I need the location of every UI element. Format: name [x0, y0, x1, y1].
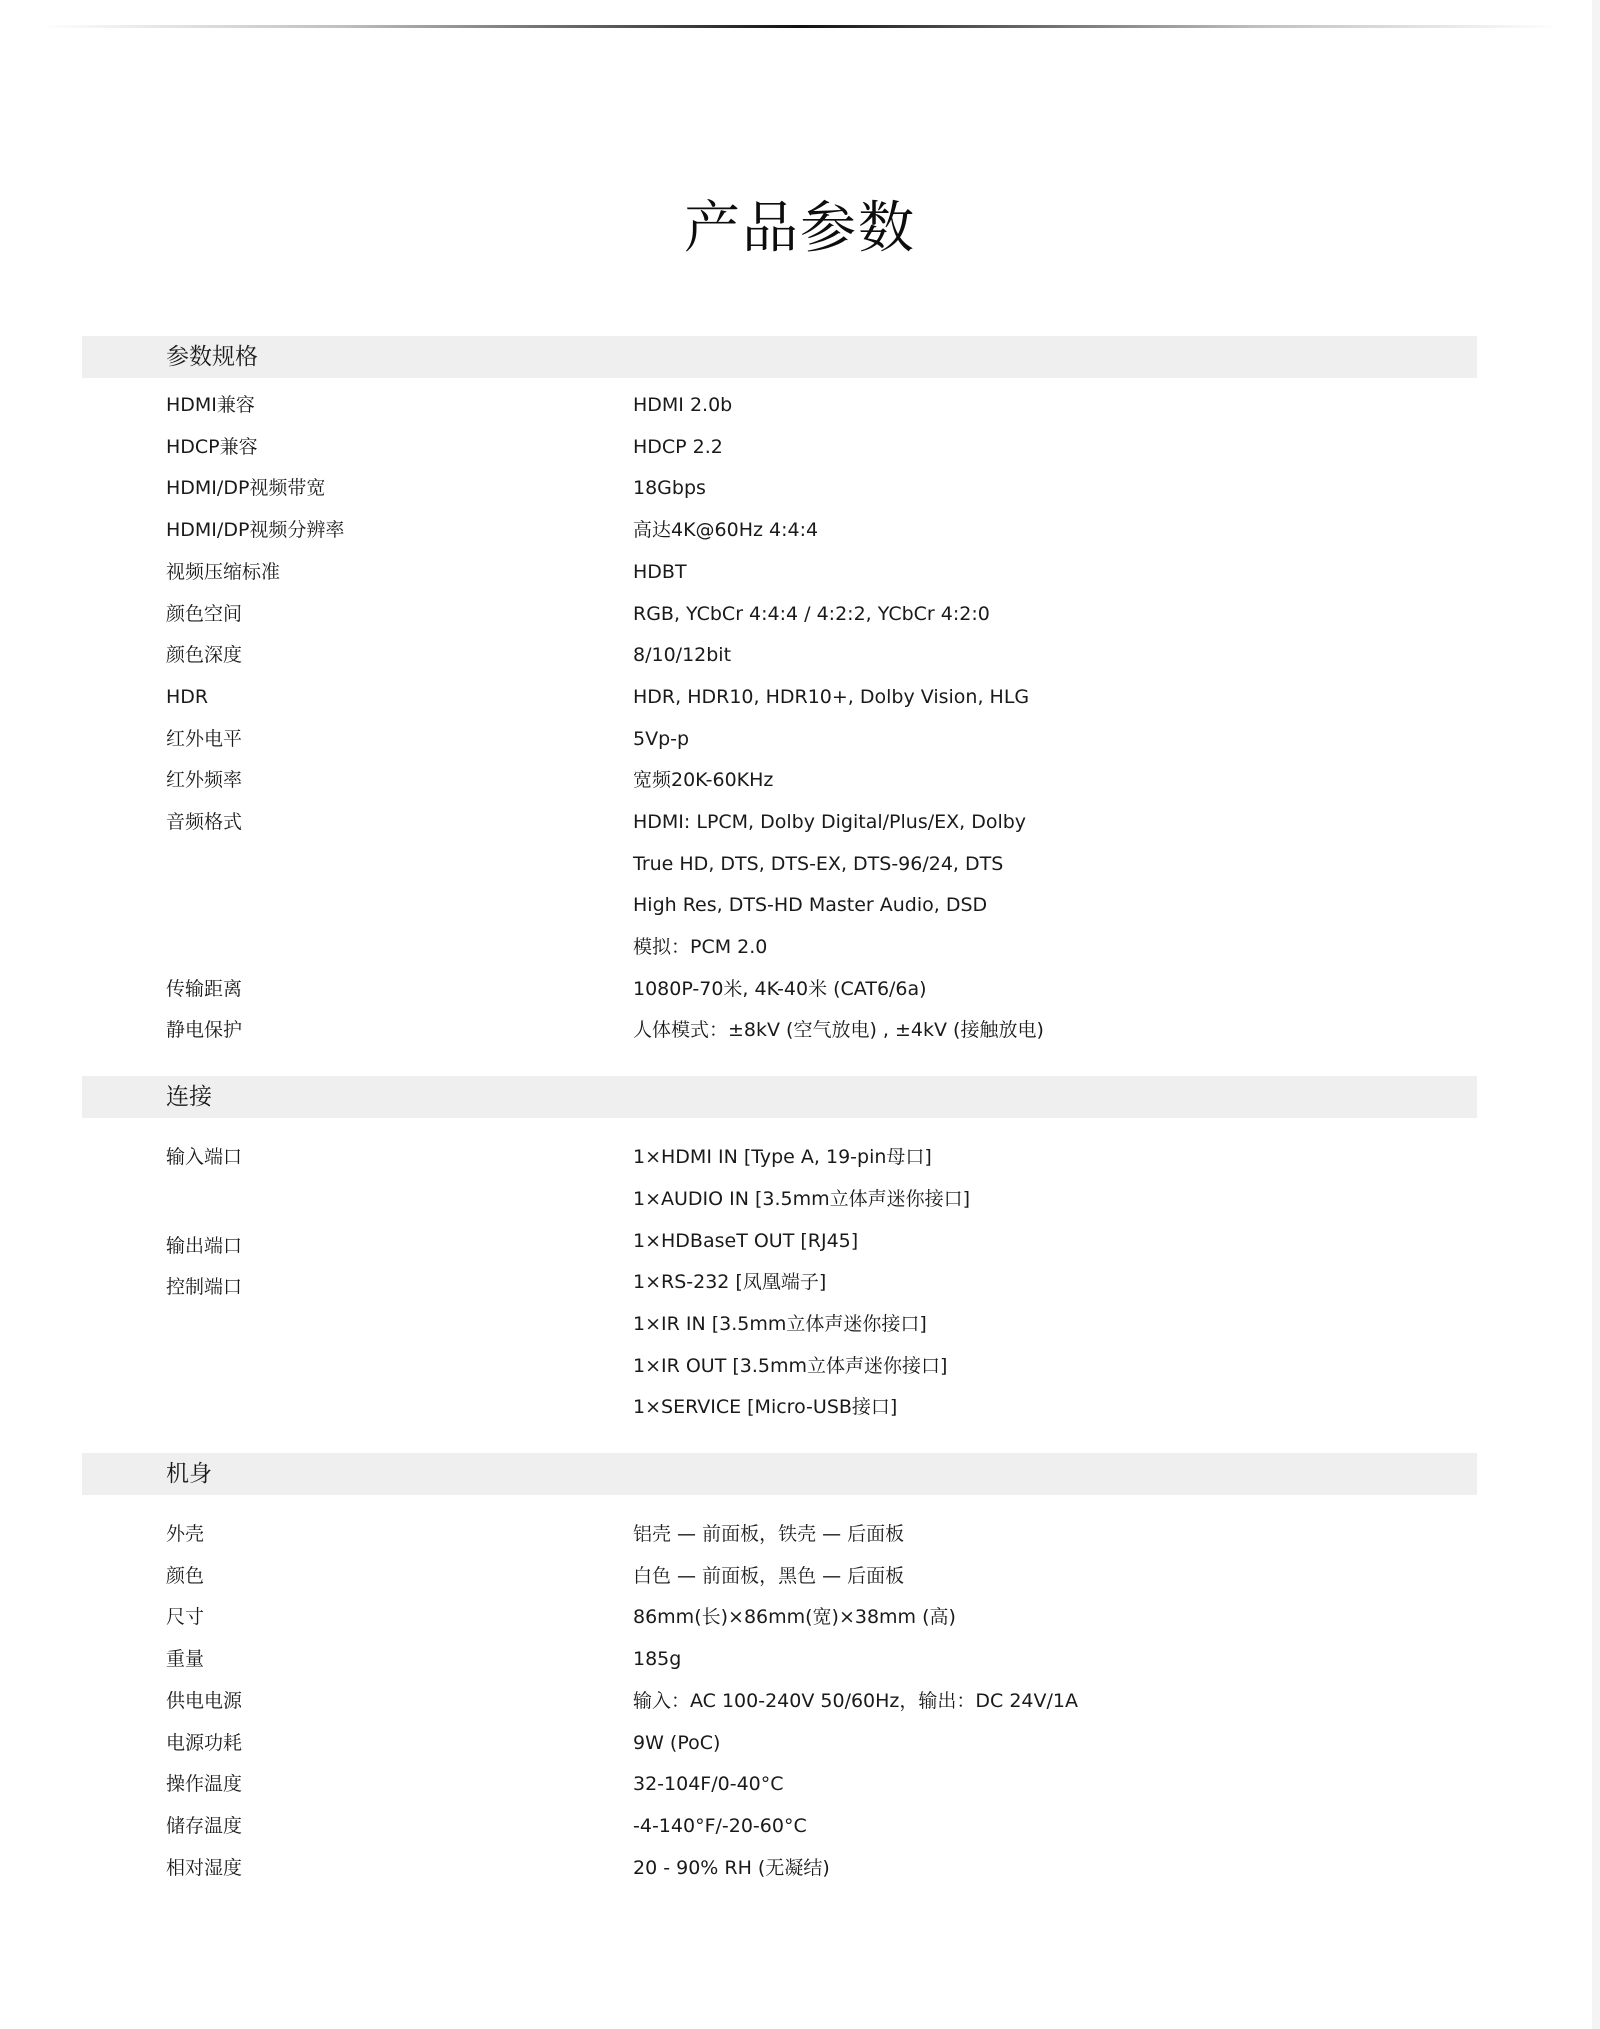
spec-row: 供电电源输入：AC 100-240V 50/60Hz，输出：DC 24V/1A	[82, 1681, 1477, 1723]
spec-value: 1×RS-232 [凤凰端子]	[633, 1262, 1477, 1304]
spec-label: 颜色	[82, 1556, 633, 1598]
spec-row: 红外频率宽频20K-60KHz	[82, 760, 1477, 802]
spec-value: 20 - 90% RH (无凝结)	[633, 1848, 1477, 1890]
spec-value: 白色 — 前面板，黑色 — 后面板	[633, 1556, 1477, 1598]
spec-values: 白色 — 前面板，黑色 — 后面板	[633, 1556, 1477, 1598]
spec-value: 1×AUDIO IN [3.5mm立体声迷你接口]	[633, 1179, 1477, 1221]
spec-value: 1×HDBaseT OUT [RJ45]	[633, 1221, 1477, 1263]
spec-values: 输入：AC 100-240V 50/60Hz，输出：DC 24V/1A	[633, 1681, 1477, 1723]
spec-values: 1×RS-232 [凤凰端子]1×IR IN [3.5mm立体声迷你接口]1×I…	[633, 1262, 1477, 1429]
spec-label: 外壳	[82, 1514, 633, 1556]
spec-row: 输入端口1×HDMI IN [Type A, 19-pin母口]1×AUDIO …	[82, 1137, 1477, 1220]
spec-value: -4-140°F/-20-60°C	[633, 1806, 1477, 1848]
spec-label: HDMI兼容	[82, 385, 633, 427]
spec-values: 18Gbps	[633, 468, 1477, 510]
page-edge	[1592, 0, 1600, 2029]
spec-value: 人体模式：±8kV (空气放电) , ±4kV (接触放电)	[633, 1010, 1477, 1052]
spec-values: 高达4K@60Hz 4:4:4	[633, 510, 1477, 552]
spec-values: 人体模式：±8kV (空气放电) , ±4kV (接触放电)	[633, 1010, 1477, 1052]
spec-values: 9W (PoC)	[633, 1723, 1477, 1765]
section-header: 连接	[82, 1076, 1477, 1118]
spec-row: 尺寸86mm(长)×86mm(宽)×38mm (高)	[82, 1597, 1477, 1639]
spec-row: 颜色空间RGB, YCbCr 4:4:4 / 4:2:2, YCbCr 4:2:…	[82, 594, 1477, 636]
section-header: 参数规格	[82, 336, 1477, 378]
spec-label: 操作温度	[82, 1764, 633, 1806]
spec-value: 86mm(长)×86mm(宽)×38mm (高)	[633, 1597, 1477, 1639]
spec-value: High Res, DTS-HD Master Audio, DSD	[633, 885, 1477, 927]
spec-value: 1×HDMI IN [Type A, 19-pin母口]	[633, 1137, 1477, 1179]
spec-values: 1×HDMI IN [Type A, 19-pin母口]1×AUDIO IN […	[633, 1137, 1477, 1220]
spec-value: 宽频20K-60KHz	[633, 760, 1477, 802]
spec-row: HDRHDR, HDR10, HDR10+, Dolby Vision, HLG	[82, 677, 1477, 719]
spec-value: RGB, YCbCr 4:4:4 / 4:2:2, YCbCr 4:2:0	[633, 594, 1477, 636]
spec-label: 颜色深度	[82, 635, 633, 677]
spec-values: HDR, HDR10, HDR10+, Dolby Vision, HLG	[633, 677, 1477, 719]
spec-values: 8/10/12bit	[633, 635, 1477, 677]
section-specifications: 参数规格 HDMI兼容HDMI 2.0bHDCP兼容HDCP 2.2HDMI/D…	[82, 336, 1477, 1052]
spec-row: 传输距离1080P-70米, 4K-40米 (CAT6/6a)	[82, 969, 1477, 1011]
spec-row: 控制端口1×RS-232 [凤凰端子]1×IR IN [3.5mm立体声迷你接口…	[82, 1262, 1477, 1429]
spec-values: HDMI: LPCM, Dolby Digital/Plus/EX, Dolby…	[633, 802, 1477, 969]
spec-value: HDMI: LPCM, Dolby Digital/Plus/EX, Dolby	[633, 802, 1477, 844]
spec-value: 185g	[633, 1639, 1477, 1681]
spec-row: 视频压缩标准HDBT	[82, 552, 1477, 594]
section-rows: 外壳铝壳 — 前面板，铁壳 — 后面板颜色白色 — 前面板，黑色 — 后面板尺寸…	[82, 1495, 1477, 1889]
spec-label: 尺寸	[82, 1597, 633, 1639]
section-rows: 输入端口1×HDMI IN [Type A, 19-pin母口]1×AUDIO …	[82, 1118, 1477, 1429]
spec-row: HDCP兼容HDCP 2.2	[82, 427, 1477, 469]
spec-value: HDR, HDR10, HDR10+, Dolby Vision, HLG	[633, 677, 1477, 719]
spec-row: 静电保护人体模式：±8kV (空气放电) , ±4kV (接触放电)	[82, 1010, 1477, 1052]
spec-value: HDCP 2.2	[633, 427, 1477, 469]
spec-values: -4-140°F/-20-60°C	[633, 1806, 1477, 1848]
spec-values: 铝壳 — 前面板，铁壳 — 后面板	[633, 1514, 1477, 1556]
spec-label: 传输距离	[82, 969, 633, 1011]
spec-label: 颜色空间	[82, 594, 633, 636]
spec-row: 红外电平5Vp-p	[82, 719, 1477, 761]
spec-label: 控制端口	[82, 1267, 633, 1434]
spec-value: 输入：AC 100-240V 50/60Hz，输出：DC 24V/1A	[633, 1681, 1477, 1723]
spec-label: 红外电平	[82, 719, 633, 761]
spec-row: 电源功耗9W (PoC)	[82, 1723, 1477, 1765]
spec-value: 9W (PoC)	[633, 1723, 1477, 1765]
spec-values: 20 - 90% RH (无凝结)	[633, 1848, 1477, 1890]
spec-label: 输入端口	[82, 1137, 633, 1220]
spec-values: 宽频20K-60KHz	[633, 760, 1477, 802]
spec-value: 5Vp-p	[633, 719, 1477, 761]
spec-label: 输出端口	[82, 1226, 633, 1268]
spec-label: 重量	[82, 1639, 633, 1681]
spec-row: HDMI/DP视频分辨率高达4K@60Hz 4:4:4	[82, 510, 1477, 552]
section-chassis: 机身 外壳铝壳 — 前面板，铁壳 — 后面板颜色白色 — 前面板，黑色 — 后面…	[82, 1453, 1477, 1889]
spec-value: 8/10/12bit	[633, 635, 1477, 677]
spec-label: 视频压缩标准	[82, 552, 633, 594]
spec-label: 红外频率	[82, 760, 633, 802]
spec-row: HDMI/DP视频带宽18Gbps	[82, 468, 1477, 510]
spec-values: HDBT	[633, 552, 1477, 594]
spec-label: HDMI/DP视频带宽	[82, 468, 633, 510]
spec-values: HDMI 2.0b	[633, 385, 1477, 427]
spec-label: HDR	[82, 677, 633, 719]
spec-value: 铝壳 — 前面板，铁壳 — 后面板	[633, 1514, 1477, 1556]
spec-label: HDCP兼容	[82, 427, 633, 469]
spec-row: 外壳铝壳 — 前面板，铁壳 — 后面板	[82, 1514, 1477, 1556]
spec-value: HDBT	[633, 552, 1477, 594]
spec-label: HDMI/DP视频分辨率	[82, 510, 633, 552]
spec-row: 储存温度-4-140°F/-20-60°C	[82, 1806, 1477, 1848]
spec-value: HDMI 2.0b	[633, 385, 1477, 427]
spec-value: 1×IR IN [3.5mm立体声迷你接口]	[633, 1304, 1477, 1346]
spec-value: 18Gbps	[633, 468, 1477, 510]
spec-row: 操作温度32-104F/0-40°C	[82, 1764, 1477, 1806]
spec-table: 参数规格 HDMI兼容HDMI 2.0bHDCP兼容HDCP 2.2HDMI/D…	[82, 336, 1477, 1913]
spec-label: 储存温度	[82, 1806, 633, 1848]
spec-label: 相对湿度	[82, 1848, 633, 1890]
spec-values: HDCP 2.2	[633, 427, 1477, 469]
spec-label: 静电保护	[82, 1010, 633, 1052]
section-title: 连接	[166, 1076, 212, 1118]
spec-values: 5Vp-p	[633, 719, 1477, 761]
section-header: 机身	[82, 1453, 1477, 1495]
spec-row: 重量185g	[82, 1639, 1477, 1681]
spec-value: 高达4K@60Hz 4:4:4	[633, 510, 1477, 552]
section-title: 参数规格	[166, 336, 258, 378]
section-rows: HDMI兼容HDMI 2.0bHDCP兼容HDCP 2.2HDMI/DP视频带宽…	[82, 378, 1477, 1052]
spec-values: 1080P-70米, 4K-40米 (CAT6/6a)	[633, 969, 1477, 1011]
spec-values: 185g	[633, 1639, 1477, 1681]
spec-value: 32-104F/0-40°C	[633, 1764, 1477, 1806]
spec-value: 1×SERVICE [Micro-USB接口]	[633, 1387, 1477, 1429]
spec-value: True HD, DTS, DTS-EX, DTS-96/24, DTS	[633, 844, 1477, 886]
spec-value: 1080P-70米, 4K-40米 (CAT6/6a)	[633, 969, 1477, 1011]
section-connections: 连接 输入端口1×HDMI IN [Type A, 19-pin母口]1×AUD…	[82, 1076, 1477, 1429]
top-divider	[40, 25, 1560, 28]
spec-row: 音频格式HDMI: LPCM, Dolby Digital/Plus/EX, D…	[82, 802, 1477, 969]
spec-row: 相对湿度20 - 90% RH (无凝结)	[82, 1848, 1477, 1890]
spec-values: 32-104F/0-40°C	[633, 1764, 1477, 1806]
spec-value: 模拟：PCM 2.0	[633, 927, 1477, 969]
spec-value: 1×IR OUT [3.5mm立体声迷你接口]	[633, 1346, 1477, 1388]
spec-values: 1×HDBaseT OUT [RJ45]	[633, 1221, 1477, 1263]
spec-row: HDMI兼容HDMI 2.0b	[82, 385, 1477, 427]
page-title: 产品参数	[0, 194, 1600, 264]
section-title: 机身	[166, 1453, 212, 1495]
spec-row: 颜色深度8/10/12bit	[82, 635, 1477, 677]
spec-values: 86mm(长)×86mm(宽)×38mm (高)	[633, 1597, 1477, 1639]
spec-label: 电源功耗	[82, 1723, 633, 1765]
spec-label: 音频格式	[82, 802, 633, 969]
spec-values: RGB, YCbCr 4:4:4 / 4:2:2, YCbCr 4:2:0	[633, 594, 1477, 636]
spec-row: 颜色白色 — 前面板，黑色 — 后面板	[82, 1556, 1477, 1598]
spec-row: 输出端口1×HDBaseT OUT [RJ45]	[82, 1221, 1477, 1263]
spec-label: 供电电源	[82, 1681, 633, 1723]
